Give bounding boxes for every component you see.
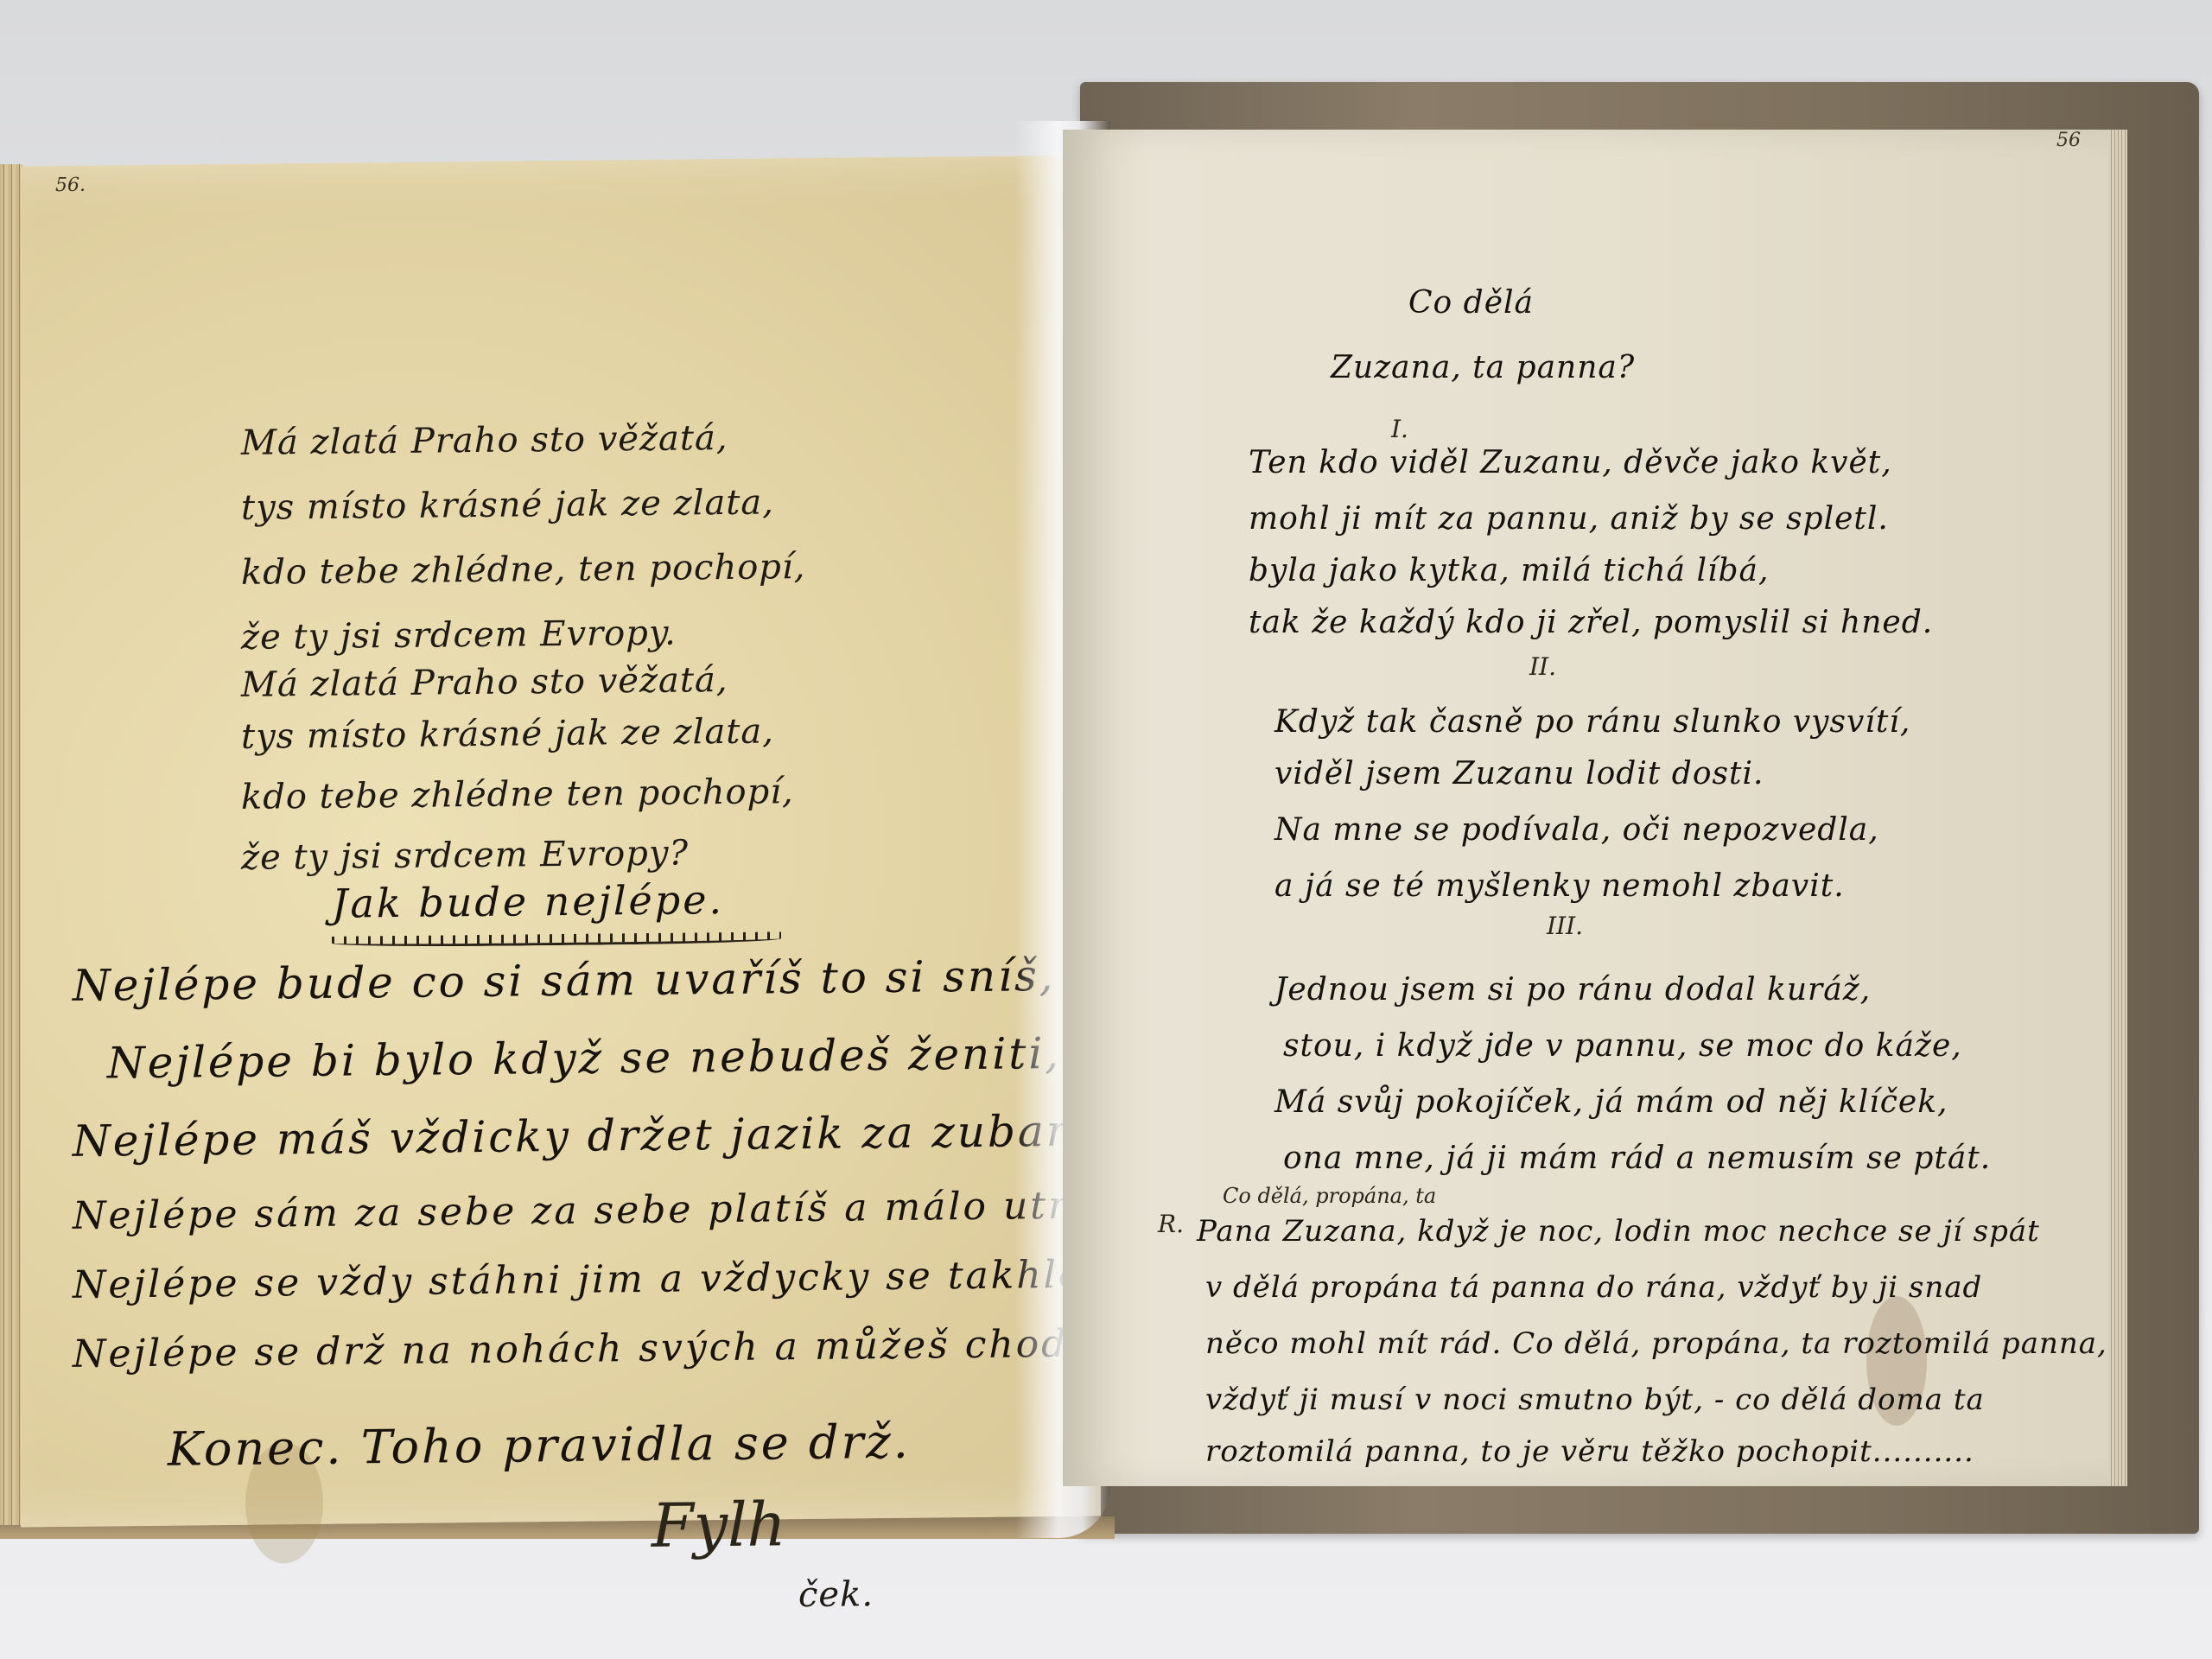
signature: Fylh	[652, 1489, 786, 1561]
stanza-line: viděl jsem Zuzanu lodit dosti.	[1274, 756, 1764, 791]
stanza-line: Na mne se podívala, oči nepozvedla,	[1274, 812, 1879, 848]
poem-line: že ty jsi srdcem Evropy.	[241, 613, 677, 658]
refrain-insert-note: Co dělá, propána, ta	[1223, 1184, 1436, 1208]
stanza-line: a já se té myšlenky nemohl zbavit.	[1274, 868, 1845, 904]
refrain-line: Pana Zuzana, když je noc, lodin moc nech…	[1197, 1214, 2040, 1249]
proverb-line: Nejlépe bi bylo když se nebudeš ženiti,	[107, 1028, 1061, 1089]
page-number-left: 56.	[55, 175, 86, 196]
signature-suffix: ček.	[798, 1574, 874, 1615]
stanza-line: Má svůj pokojíček, já mám od něj klíček,	[1274, 1084, 1948, 1120]
heading-underline	[332, 931, 781, 947]
stanza-line: mohl ji mít za pannu, aniž by se spletl.	[1249, 501, 1889, 537]
right-page: 56 Co dělá Zuzana, ta panna? I. Ten kdo …	[1063, 130, 2124, 1486]
poem-line: Má zlatá Praho sto věžatá,	[241, 660, 728, 705]
stanza-line: Ten kdo viděl Zuzanu, děvče jako květ,	[1249, 445, 1892, 480]
poem-block: Má zlatá Praho sto věžatá, tys místo krá…	[21, 155, 1101, 166]
stanza-numeral: II.	[1529, 652, 1556, 681]
page-stack-edge-right	[2108, 130, 2127, 1486]
refrain-line: vždyť ji musí v noci smutno být, - co dě…	[1205, 1382, 1985, 1417]
proverb-line: Nejlépe sám za sebe za sebe platíš a mál…	[73, 1183, 1164, 1238]
refrain-marker: R.	[1158, 1210, 1184, 1238]
stanza-line: Jednou jsem si po ránu dodal kuráž,	[1274, 972, 1871, 1007]
stanza-line: Když tak časně po ránu slunko vysvítí,	[1274, 704, 1910, 740]
stanza-numeral: I.	[1391, 415, 1408, 443]
poem-line: kdo tebe zhlédne, ten pochopí,	[241, 547, 805, 593]
page-stack-edge	[0, 164, 22, 1525]
refrain-line: roztomilá panna, to je věru těžko pochop…	[1205, 1434, 1974, 1469]
song-subtitle: Zuzana, ta panna?	[1331, 350, 1635, 385]
poem-line: Má zlatá Praho sto věžatá,	[241, 418, 728, 463]
refrain-line: něco mohl mít rád. Co dělá, propána, ta …	[1205, 1326, 2107, 1361]
stanza-numeral: III.	[1547, 912, 1583, 940]
stanza-line: stou, i když jde v pannu, se moc do káže…	[1283, 1028, 1962, 1064]
proverb-line: Nejlépe bude co si sám uvaříš to si sníš…	[73, 950, 1056, 1011]
proverbs-block: Jak bude nejlépe. Nejlépe bude co si sám…	[21, 155, 1101, 166]
proverb-line: Nejlépe máš vždicky držet jazik za zubam…	[73, 1105, 1135, 1166]
section-heading: Jak bude nejlépe.	[332, 876, 724, 927]
page-number-right: 56	[2056, 130, 2081, 151]
poem-line: tys místo krásné jak ze zlata,	[241, 711, 774, 756]
closing-line: Konec. Toho pravidla se drž.	[168, 1414, 911, 1477]
stanza-line: byla jako kytka, milá tichá líbá,	[1249, 553, 1769, 588]
stanza-line: tak že každý kdo ji zřel, pomyslil si hn…	[1249, 605, 1933, 640]
stanza-line: ona mne, já ji mám rád a nemusím se ptát…	[1283, 1141, 1991, 1176]
poem-line: kdo tebe zhlédne ten pochopí,	[241, 772, 794, 817]
poem-line: tys místo krásné jak ze zlata,	[241, 482, 774, 527]
song-title: Co dělá	[1408, 285, 1534, 321]
poem-line: že ty jsi srdcem Evropy?	[241, 833, 689, 877]
left-page: 56. Má zlatá Praho sto věžatá, tys místo…	[21, 155, 1101, 1527]
refrain-line: v dělá propána tá panna do rána, vždyť b…	[1205, 1270, 1982, 1305]
